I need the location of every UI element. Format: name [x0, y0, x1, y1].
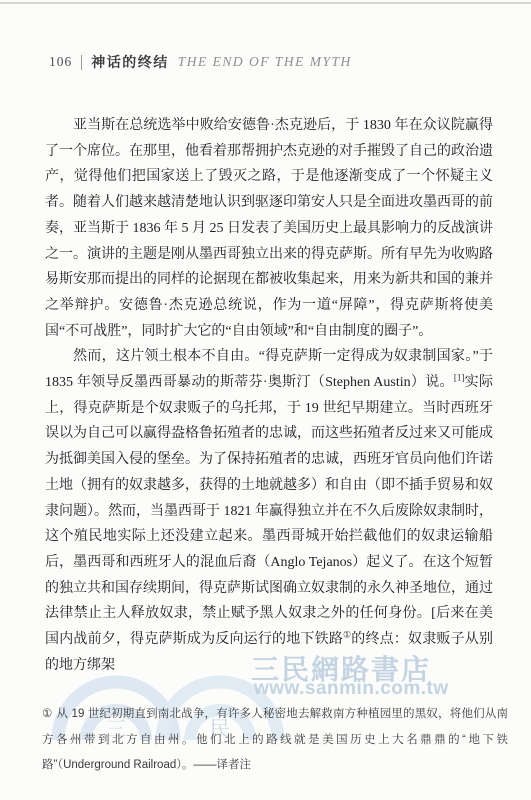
- header-divider: [81, 55, 82, 70]
- book-title-chinese: 神话的终结: [91, 52, 169, 72]
- paragraph-1: 亚当斯在总统选举中败给安德鲁·杰克逊后，于 1830 年在众议院赢得了一个席位。…: [45, 113, 493, 344]
- body-text: 亚当斯在总统选举中败给安德鲁·杰克逊后，于 1830 年在众议院赢得了一个席位。…: [45, 113, 493, 678]
- translator-footnote: ①从 19 世纪初期直到南北战争，有许多人秘密地去解救南方种植园里的黑奴，将他们…: [42, 702, 508, 779]
- scan-edge-line: [0, 2, 531, 4]
- endnote-reference-1: [1]: [454, 372, 465, 382]
- paragraph-1-text: 亚当斯在总统选举中败给安德鲁·杰克逊后，于 1830 年在众议院赢得了一个席位。…: [45, 118, 493, 339]
- footnote-text: 从 19 世纪初期直到南北战争，有许多人秘密地去解救南方种植园里的黑奴，将他们从…: [42, 708, 508, 771]
- paragraph-2: 然而，这片领土根本不自由。“得克萨斯一定得成为奴隶制国家。”于 1835 年领导…: [45, 344, 493, 678]
- page-number: 106: [49, 54, 72, 70]
- paragraph-2-text-a: 然而，这片领土根本不自由。“得克萨斯一定得成为奴隶制国家。”于 1835 年领导…: [45, 349, 493, 390]
- watermark-url: www.sanmin.com.tw: [254, 678, 449, 700]
- book-page: 106 神话的终结 THE END OF THE MYTH 三 民 三民網路書店…: [0, 0, 531, 800]
- running-header: 106 神话的终结 THE END OF THE MYTH: [49, 52, 352, 72]
- paragraph-2-text-b: 实际上，得克萨斯是个奴隶贩子的乌托邦，于 19 世纪早期建立。当时西班牙误以为自…: [45, 375, 493, 647]
- footnote-marker: ①: [42, 708, 53, 720]
- book-title-english: THE END OF THE MYTH: [178, 54, 352, 70]
